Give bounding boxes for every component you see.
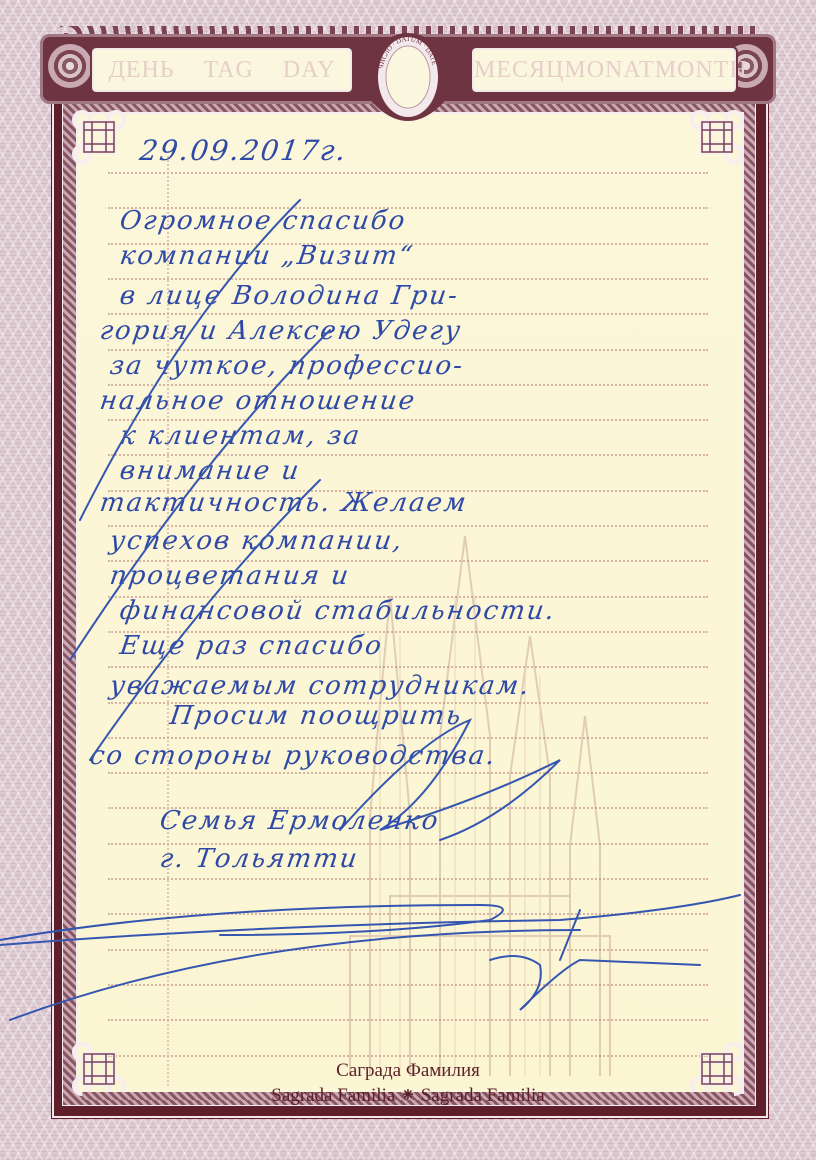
- handwritten-line: за чуткое, профессио-: [108, 351, 466, 381]
- handwritten-line: гория и Алексею Удегу: [98, 316, 464, 346]
- handwritten-line: в лице Володина Гри-: [118, 281, 461, 311]
- celtic-knot-icon: [70, 108, 128, 166]
- date-header: ДЕНЬ TAG DAY ЧИСЛО · DATUM · DATE МЕСЯЦ …: [40, 22, 776, 110]
- handwritten-line: тактичность. Желаем: [98, 488, 470, 518]
- handwritten-line: Огромное спасибо: [118, 206, 409, 236]
- handwritten-line: со стороны руководства.: [88, 741, 499, 771]
- month-label-ru: МЕСЯЦ: [474, 57, 564, 84]
- month-field: МЕСЯЦ MONAT MONTH: [472, 48, 736, 92]
- dotted-rule: [108, 278, 708, 280]
- day-field: ДЕНЬ TAG DAY: [92, 48, 352, 92]
- day-label-de: TAG: [203, 57, 253, 84]
- handwritten-line: Просим поощрить: [168, 701, 465, 731]
- handwritten-line: внимание и: [118, 456, 303, 486]
- handwritten-line: компании „Визит“: [118, 241, 416, 271]
- handwritten-line: Семья Ермоленко: [158, 806, 442, 836]
- footer-title-ru: Саграда Фамилия: [0, 1060, 816, 1082]
- handwritten-line: финансовой стабильности.: [118, 596, 558, 626]
- handwritten-line: г. Тольятти: [158, 844, 361, 874]
- month-label-en: MONTH: [655, 57, 748, 84]
- handwritten-line: нальное отношение: [98, 386, 418, 416]
- handwritten-line: Еще раз спасибо: [118, 631, 385, 661]
- writing-area: 29.09.2017г.Огромное спасибокомпании „Ви…: [80, 116, 736, 1086]
- handwritten-line: процветания и: [108, 561, 352, 591]
- handwritten-line: успехов компании,: [108, 526, 406, 556]
- month-label-de: MONAT: [564, 57, 654, 84]
- celtic-knot-icon: [688, 108, 746, 166]
- footer-title-lat: Sagrada Familia ⁕ Sagrada Familia: [0, 1084, 816, 1107]
- day-label-ru: ДЕНЬ: [108, 57, 174, 84]
- dotted-rule: [108, 313, 708, 315]
- handwritten-line: уважаемым сотрудникам.: [108, 671, 533, 701]
- handwritten-line: к клиентам, за: [118, 421, 363, 451]
- day-label-en: DAY: [283, 57, 336, 84]
- date-medallion: ЧИСЛО · DATUM · DATE: [370, 22, 446, 132]
- handwritten-date: 29.09.2017г.: [138, 134, 350, 167]
- rosette-icon: [48, 44, 92, 88]
- dotted-rule: [108, 172, 708, 174]
